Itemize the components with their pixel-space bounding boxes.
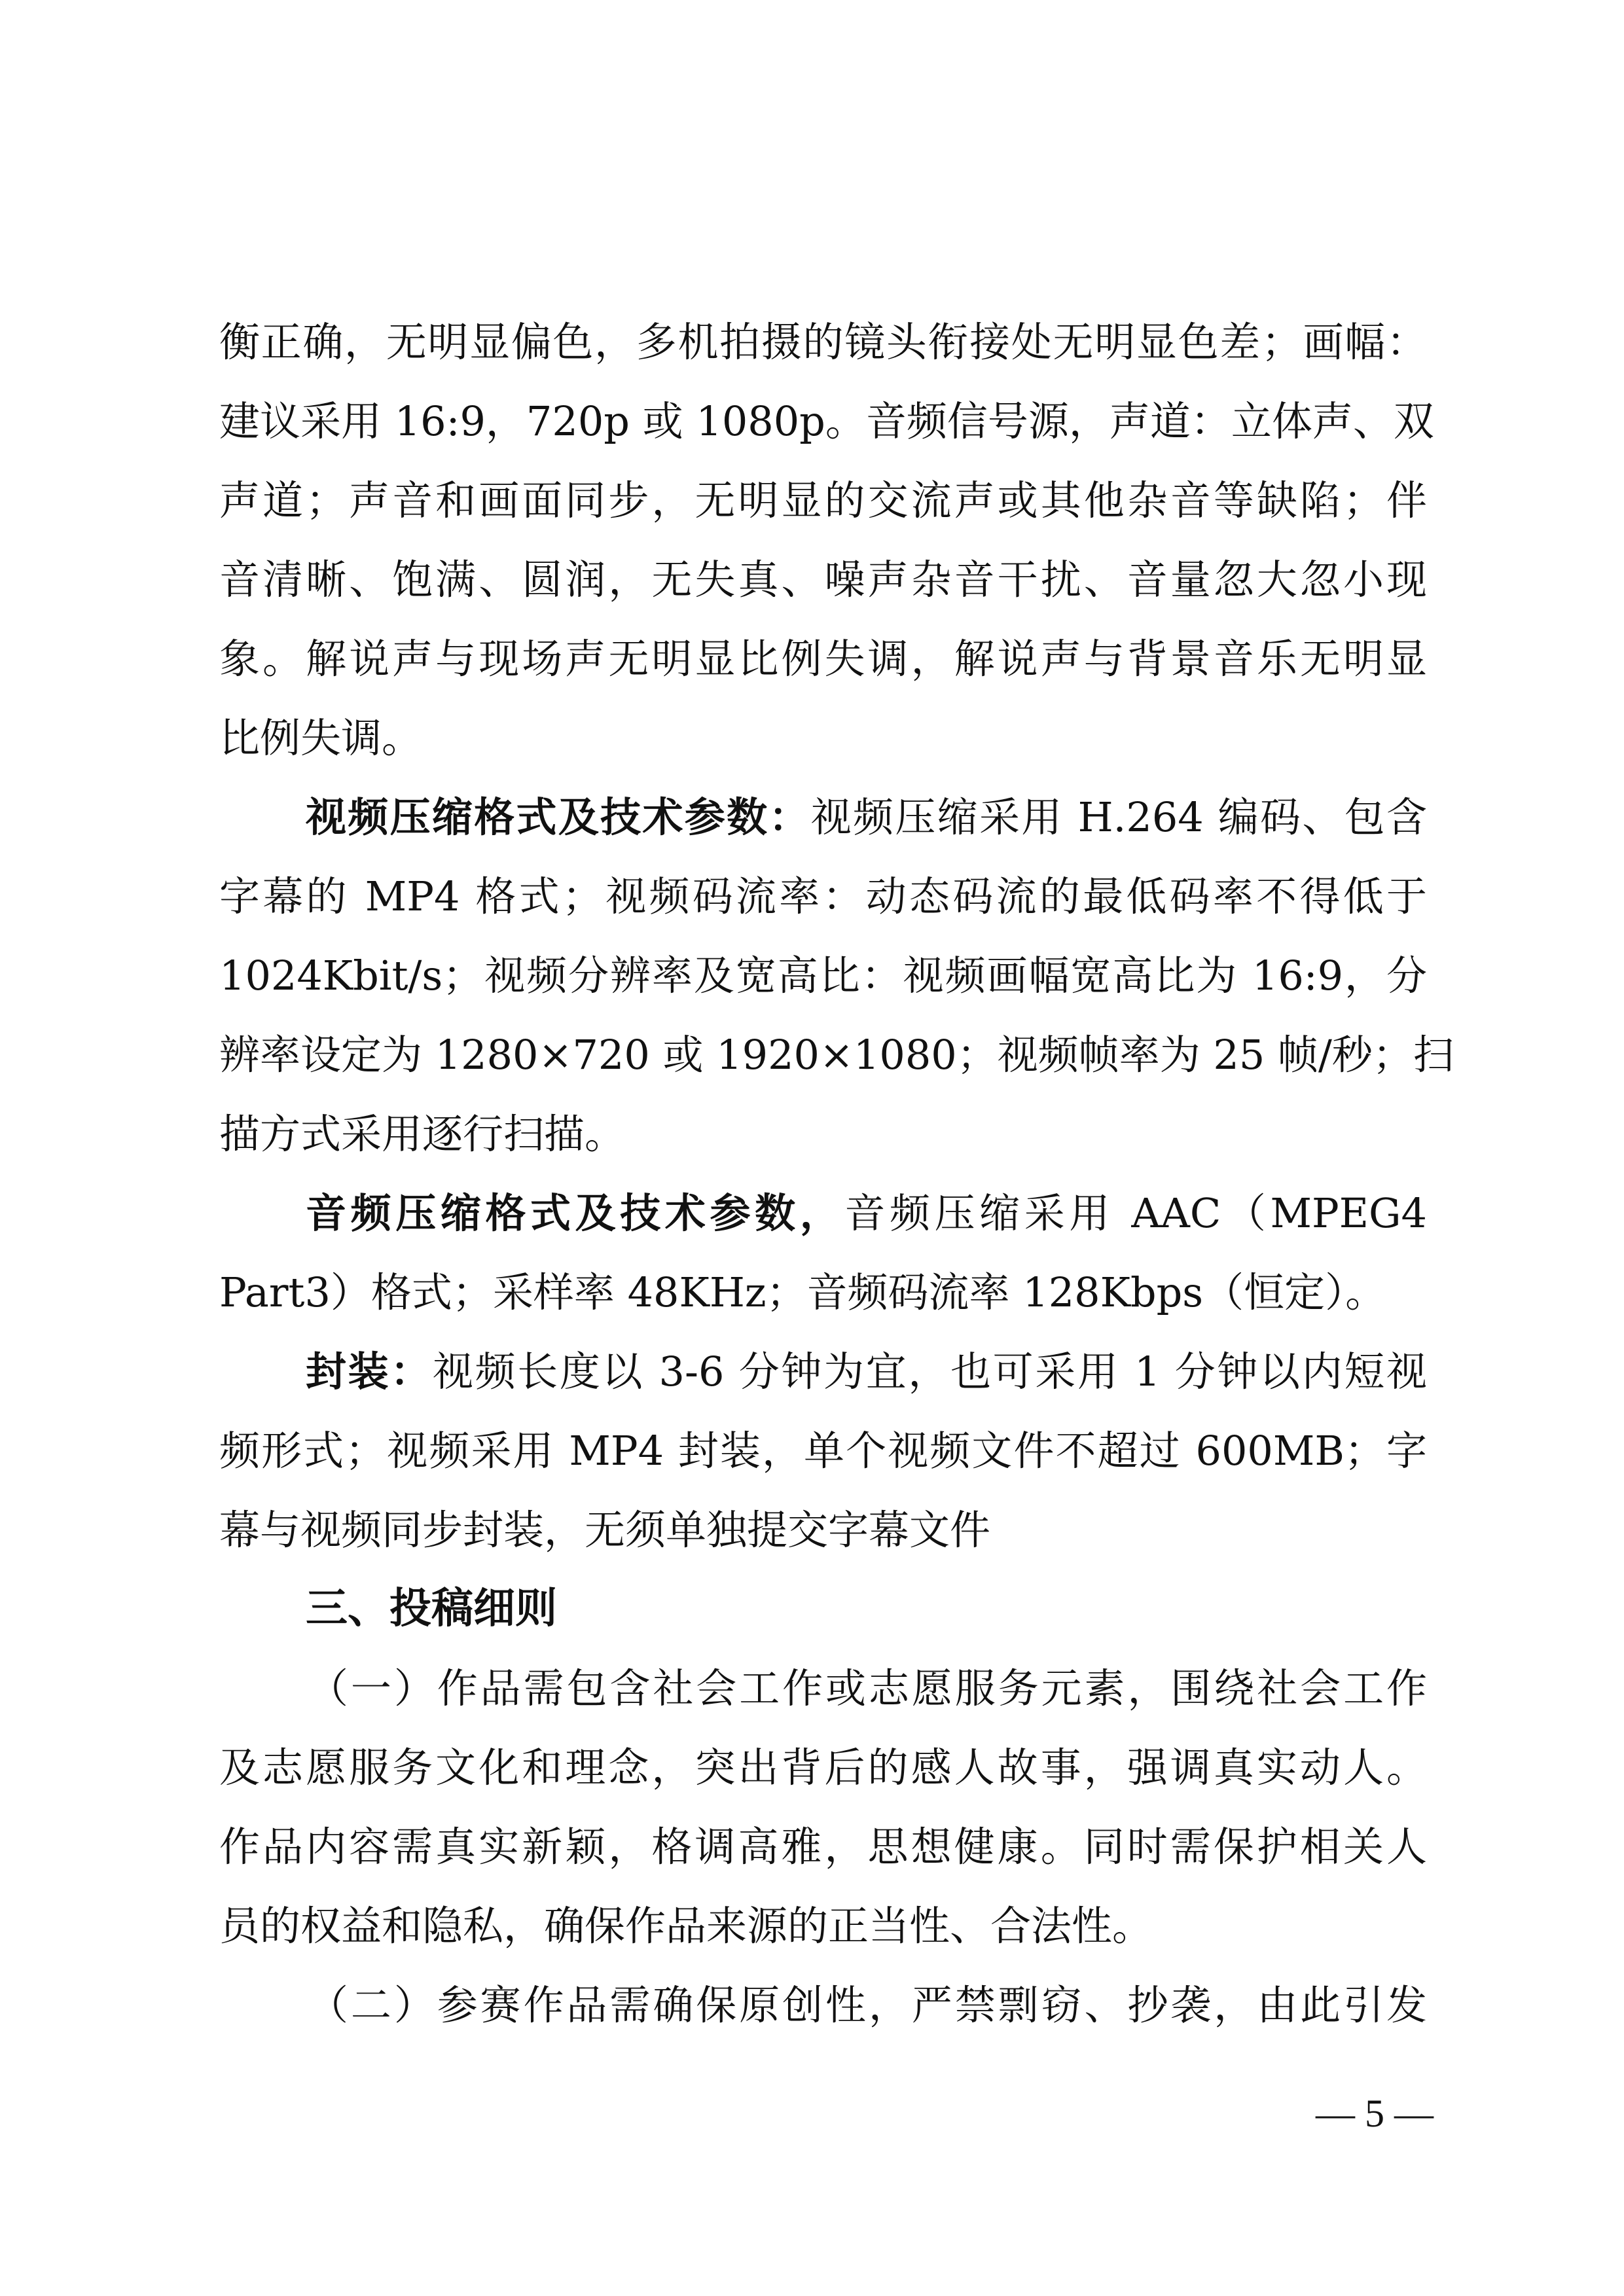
- packaging-label: 封装：: [306, 1348, 433, 1395]
- video-params-label: 视频压缩格式及技术参数：: [306, 793, 811, 841]
- paragraph-line: 声道；声音和画面同步，无明显的交流声或其他杂音等缺陷；伴: [219, 461, 1427, 540]
- rule-1-line: 员的权益和隐私，确保作品来源的正当性、合法性。: [219, 1886, 1427, 1965]
- audio-params-label: 音频压缩格式及技术参数，: [306, 1189, 844, 1237]
- page-number: — 5 —: [1303, 2091, 1447, 2136]
- paragraph-line: Part3）格式；采样率 48KHz；音频码流率 128Kbps（恒定）。: [219, 1253, 1427, 1332]
- paragraph-line: 1024Kbit/s；视频分辨率及宽高比：视频画幅宽高比为 16:9，分: [219, 936, 1427, 1015]
- paragraph-line: 幕与视频同步封装，无须单独提交字幕文件: [219, 1490, 1427, 1570]
- paragraph-line: 辨率设定为 1280×720 或 1920×1080；视频帧率为 25 帧/秒；…: [219, 1015, 1427, 1094]
- paragraph-line: 字幕的 MP4 格式；视频码流率：动态码流的最低码率不得低于: [219, 857, 1427, 936]
- packaging-first-line: 封装：视频长度以 3-6 分钟为宜，也可采用 1 分钟以内短视: [306, 1332, 1427, 1411]
- paragraph-line: 比例失调。: [219, 698, 1427, 778]
- packaging-text: 视频长度以 3-6 分钟为宜，也可采用 1 分钟以内短视: [433, 1348, 1427, 1395]
- rule-1-line: 作品内容需真实新颖，格调高雅，思想健康。同时需保护相关人: [219, 1807, 1427, 1886]
- rule-1-line: 及志愿服务文化和理念，突出背后的感人故事，强调真实动人。: [219, 1728, 1427, 1807]
- document-page: 衡正确，无明显偏色，多机拍摄的镜头衔接处无明显色差；画幅： 建议采用 16:9，…: [0, 0, 1624, 2296]
- rule-2-line: （二）参赛作品需确保原创性，严禁剽窃、抄袭，由此引发: [308, 1965, 1427, 2045]
- paragraph-line: 象。解说声与现场声无明显比例失调，解说声与背景音乐无明显: [219, 619, 1427, 698]
- paragraph-line: 衡正确，无明显偏色，多机拍摄的镜头衔接处无明显色差；画幅：: [219, 302, 1427, 382]
- paragraph-line: 建议采用 16:9，720p 或 1080p。音频信号源，声道：立体声、双: [219, 382, 1427, 461]
- video-params-first-line: 视频压缩格式及技术参数：视频压缩采用 H.264 编码、包含: [306, 778, 1427, 857]
- rule-1-line: （一）作品需包含社会工作或志愿服务元素，围绕社会工作: [308, 1649, 1427, 1728]
- audio-params-first-line: 音频压缩格式及技术参数，音频压缩采用 AAC（MPEG4: [306, 1174, 1427, 1253]
- video-params-text: 视频压缩采用 H.264 编码、包含: [811, 793, 1427, 841]
- paragraph-line: 描方式采用逐行扫描。: [219, 1094, 1427, 1174]
- section-heading: 三、投稿细则: [306, 1570, 557, 1649]
- audio-params-text: 音频压缩采用 AAC（MPEG4: [844, 1189, 1427, 1237]
- paragraph-line: 频形式；视频采用 MP4 封装，单个视频文件不超过 600MB；字: [219, 1411, 1427, 1490]
- paragraph-line: 音清晰、饱满、圆润，无失真、噪声杂音干扰、音量忽大忽小现: [219, 540, 1427, 619]
